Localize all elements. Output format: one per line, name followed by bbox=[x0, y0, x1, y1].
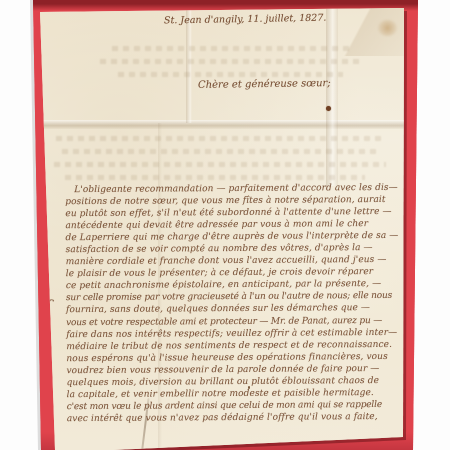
bleed-through-text bbox=[56, 136, 386, 141]
scanned-letter-photo: St. Jean d'angily, 11. juillet, 1827. Ch… bbox=[0, 0, 450, 450]
salutation: Chère et généreuse sœur; bbox=[198, 78, 331, 91]
bleed-through-text bbox=[65, 175, 365, 180]
bleed-through-text bbox=[54, 162, 386, 167]
bleed-through-text bbox=[112, 46, 352, 51]
fold-crease-horizontal bbox=[40, 120, 404, 129]
letter-body: L'obligeante recommandation — parfaiteme… bbox=[65, 182, 403, 425]
dateline: St. Jean d'angily, 11. juillet, 1827. bbox=[164, 13, 327, 27]
ink-spot-stain bbox=[326, 106, 331, 111]
paper-stain bbox=[378, 20, 397, 36]
letter-paper: St. Jean d'angily, 11. juillet, 1827. Ch… bbox=[40, 8, 404, 450]
bleed-through-text bbox=[118, 72, 343, 77]
letter-line: avec intérêt que vous n'avez pas dédaign… bbox=[67, 411, 403, 425]
bleed-through-text bbox=[62, 149, 380, 154]
bleed-through-text bbox=[100, 59, 362, 64]
